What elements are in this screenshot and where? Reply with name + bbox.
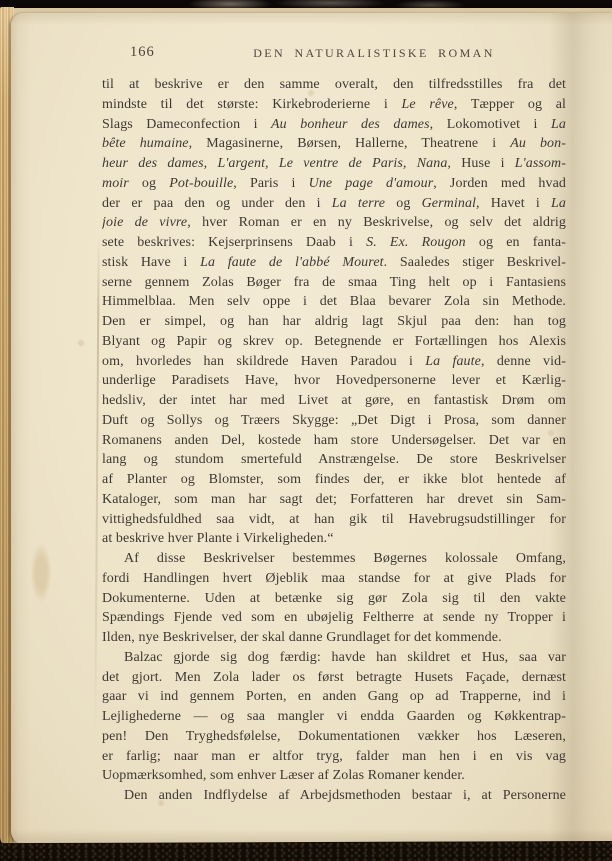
text-segment: vittighedsfuldhed saa vidt, at han gik t… (102, 512, 566, 527)
text-line: Spændings Fjende ved som en ubøjelig Fel… (102, 608, 566, 628)
text-segment: , Paris i (233, 176, 308, 191)
text-segment: Kataloger, som man har sagt det; Forfatt… (102, 492, 566, 507)
book-title-italic: L'assom- (515, 156, 566, 171)
text-line: Romanens anden Del, kostede ham store Un… (102, 431, 566, 451)
book-cover-leather (0, 841, 612, 861)
text-line: Balzac gjorde sig dog færdig: havde han … (102, 648, 566, 668)
text-line: der er paa den og under den i La terre o… (102, 194, 566, 214)
text-segment: og en fanta- (466, 235, 566, 250)
text-line: joie de vivre, hver Roman er en ny Beskr… (102, 213, 566, 233)
book-title-italic: joie de vivre (102, 215, 187, 230)
text-segment: , denne vid- (481, 354, 566, 369)
text-segment: og (129, 176, 169, 191)
text-segment: Himmelblaa. Men selv oppe i det Blaa bev… (102, 294, 566, 309)
text-segment: Ilden, nye Beskrivelser, der skal danne … (102, 630, 502, 645)
text-line: mindste til det største: Kirkebroderiern… (102, 95, 566, 115)
text-segment: Slags Dameconfection i (102, 117, 271, 132)
text-segment: underlige Paradisets Have, hvor Hovedper… (102, 373, 566, 388)
text-line: gaar vi ind gennem Porten, en anden Gang… (102, 687, 566, 707)
text-segment: det gjort. Men Zola lader os først betra… (102, 670, 566, 685)
text-segment: at beskrive hver Plante i Virkeligheden.… (102, 531, 334, 546)
text-segment: stisk Have i (102, 255, 200, 270)
text-segment: om, hvorledes han skildrede Haven Parado… (102, 354, 425, 369)
text-segment: er farlig; naar man er altfor tryg, fald… (102, 749, 566, 764)
text-line: Himmelblaa. Men selv oppe i det Blaa bev… (102, 292, 566, 312)
text-segment: der er paa den og under den i (102, 196, 332, 211)
text-block: til at beskrive er den samme overalt, de… (102, 75, 566, 806)
text-segment: hedsliv, der intet har med Livet at gøre… (102, 393, 566, 408)
text-line: Lejlighederne — og saa mangler vi endda … (102, 707, 566, 727)
page-header: 166 DEN NATURALISTISKE ROMAN (102, 44, 566, 62)
text-line: moir og Pot-bouille, Paris i Une page d'… (102, 174, 566, 194)
text-line: pen! Den Tryghedsfølelse, Dokumentatione… (102, 727, 566, 747)
book-title-italic: La faute (425, 354, 481, 369)
text-segment: Af disse Beskrivelser bestemmes Bøgernes… (124, 551, 566, 566)
text-segment: , Magasinerne, Børsen, Hallerne, Theatre… (189, 136, 511, 151)
text-line: Ilden, nye Beskrivelser, der skal danne … (102, 628, 566, 648)
text-line: Duft og Sollys og Træers Skygge: „Det Di… (102, 411, 566, 431)
text-line: om, hvorledes han skildrede Haven Parado… (102, 352, 566, 372)
text-line: Af disse Beskrivelser bestemmes Bøgernes… (102, 549, 566, 569)
text-segment: og (385, 196, 422, 211)
text-line: heur des dames, L'argent, Le ventre de P… (102, 154, 566, 174)
text-line: lang og stundom smertefuld Anstrængelse.… (102, 450, 566, 470)
text-segment: Blyant og Papir og skrev op. Betegnende … (102, 334, 566, 349)
text-line: Slags Dameconfection i Au bonheur des da… (102, 115, 566, 135)
book-title-italic: La (551, 196, 566, 211)
book-title-italic: Le rêve (402, 97, 454, 112)
text-line: Dokumenterne. Uden at betænke sig gør Zo… (102, 589, 566, 609)
book-title-italic: heur des dames, L'argent, Le ventre de P… (102, 156, 451, 171)
text-segment: sete beskrives: Kejserprinsens Daab i (102, 235, 366, 250)
book-title-italic: Au bon- (510, 136, 566, 151)
text-segment: Den anden Indflydelse af Arbejdsmethoden… (124, 788, 566, 803)
text-line: underlige Paradisets Have, hvor Hovedper… (102, 371, 566, 391)
text-segment: Den er simpel, og han har aldrig lagt Sk… (102, 314, 566, 329)
text-segment: Uopmærksomhed, som enhver Læser af Zolas… (102, 768, 465, 783)
book-title-italic: Pot-bouille (169, 176, 233, 191)
text-segment: Huse i (451, 156, 515, 171)
text-line: Kataloger, som man har sagt det; Forfatt… (102, 490, 566, 510)
text-line: fordi Handlingen hvert Øjeblik maa stand… (102, 569, 566, 589)
book-photograph: 166 DEN NATURALISTISKE ROMAN til at besk… (0, 0, 612, 861)
text-segment: , Havet i (476, 196, 551, 211)
text-line: det gjort. Men Zola lader os først betra… (102, 668, 566, 688)
text-segment: lang og stundom smertefuld Anstrængelse.… (102, 452, 566, 467)
text-line: bête humaine, Magasinerne, Børsen, Halle… (102, 134, 566, 154)
book-title-italic: bête humaine (102, 136, 189, 151)
text-segment: Lejlighederne — og saa mangler vi endda … (102, 709, 566, 724)
text-line: til at beskrive er den samme overalt, de… (102, 75, 566, 95)
book-title-italic: moir (102, 176, 129, 191)
text-line: hedsliv, der intet har med Livet at gøre… (102, 391, 566, 411)
book-title-italic: S. Ex. Rougon (366, 235, 466, 250)
book-title-italic: Au bonheur des dames (271, 117, 430, 132)
text-segment: gaar vi ind gennem Porten, en anden Gang… (102, 689, 566, 704)
text-segment: fordi Handlingen hvert Øjeblik maa stand… (102, 571, 566, 586)
book-title-italic: Germinal (422, 196, 476, 211)
text-segment: , hver Roman er en ny Beskrivelse, og se… (187, 215, 566, 230)
text-line: Blyant og Papir og skrev op. Betegnende … (102, 332, 566, 352)
page-number: 166 (130, 44, 155, 61)
text-segment: Dokumenterne. Uden at betænke sig gør Zo… (102, 591, 566, 606)
text-segment: mindste til det største: Kirkebroderiern… (102, 97, 402, 112)
text-line: sete beskrives: Kejserprinsens Daab i S.… (102, 233, 566, 253)
text-segment: , Tæpper og al (454, 97, 566, 112)
text-line: Den anden Indflydelse af Arbejdsmethoden… (102, 786, 566, 806)
book-title-italic: Une page d'amour (309, 176, 434, 191)
text-line: serne gennem Zolas Bøger fra de smaa Tin… (102, 273, 566, 293)
text-segment: Romanens anden Del, kostede ham store Un… (102, 433, 566, 448)
text-line: stisk Have i La faute de l'abbé Mouret. … (102, 253, 566, 273)
text-segment: serne gennem Zolas Bøger fra de smaa Tin… (102, 275, 566, 290)
text-segment: Duft og Sollys og Træers Skygge: „Det Di… (102, 413, 566, 428)
book-page: 166 DEN NATURALISTISKE ROMAN til at besk… (11, 13, 612, 845)
text-line: vittighedsfuldhed saa vidt, at han gik t… (102, 510, 566, 530)
text-segment: , Jorden med hvad (433, 176, 566, 191)
text-line: af Planter og Blomster, som findes der, … (102, 470, 566, 490)
text-segment: Balzac gjorde sig dog færdig: havde han … (124, 650, 566, 665)
text-segment: , Lokomotivet i (430, 117, 551, 132)
text-segment: . Saaledes stiger Beskrivel- (384, 255, 566, 270)
text-line: er farlig; naar man er altfor tryg, fald… (102, 747, 566, 767)
text-segment: pen! Den Tryghedsfølelse, Dokumentatione… (102, 729, 566, 744)
text-segment: til at beskrive er den samme overalt, de… (102, 77, 566, 92)
book-title-italic: La terre (332, 196, 385, 211)
book-title-italic: La (551, 117, 566, 132)
text-line: at beskrive hver Plante i Virkeligheden.… (102, 529, 566, 549)
text-line: Uopmærksomhed, som enhver Læser af Zolas… (102, 766, 566, 786)
page-crease (94, 238, 99, 738)
running-title: DEN NATURALISTISKE ROMAN (253, 46, 495, 61)
text-segment: af Planter og Blomster, som findes der, … (102, 472, 566, 487)
text-segment: Spændings Fjende ved som en ubøjelig Fel… (102, 610, 566, 625)
book-title-italic: La faute de l'abbé Mouret (200, 255, 384, 270)
text-line: Den er simpel, og han har aldrig lagt Sk… (102, 312, 566, 332)
